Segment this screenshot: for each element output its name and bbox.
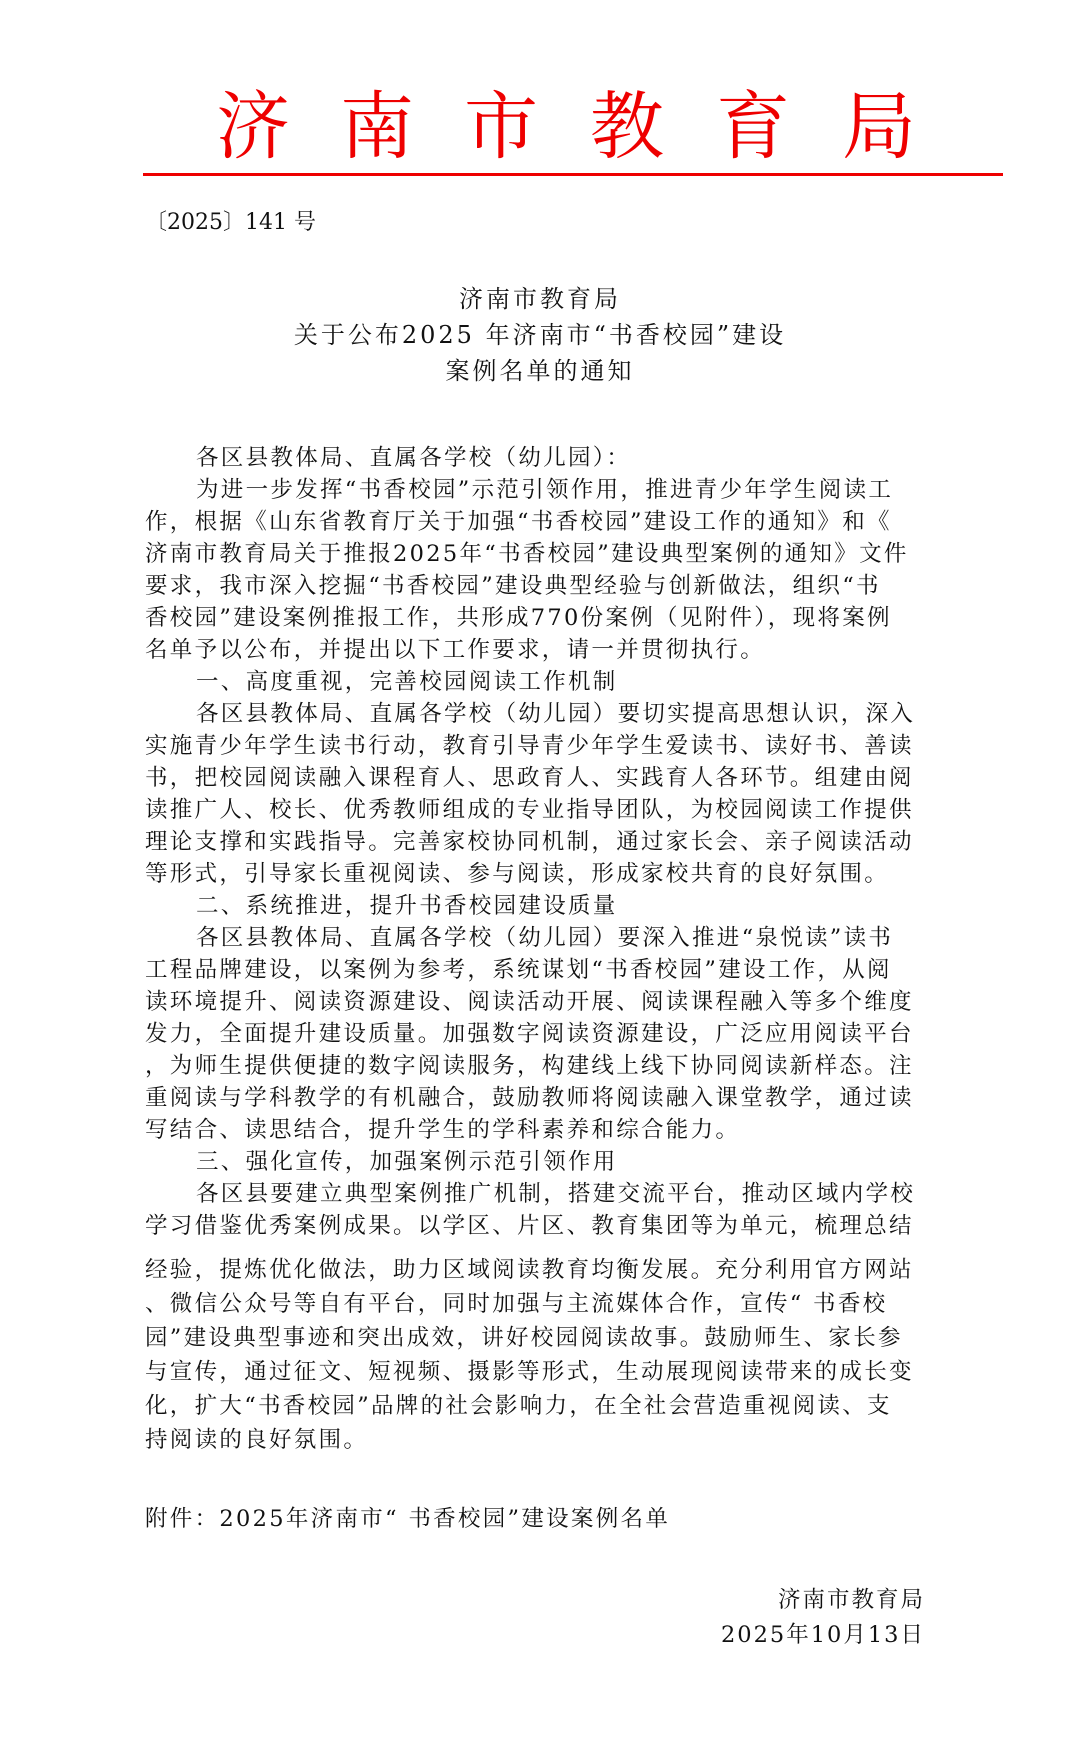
letterhead: 济 南 市 教 育 局	[0, 82, 1080, 172]
title-subject-cont: 案例名单的通知	[0, 354, 1080, 388]
title-issuer: 济南市教育局	[0, 282, 1080, 316]
paragraph-line: 书，把校园阅读融入课程育人、思政育人、实践育人各环节。组建由阅	[145, 763, 914, 793]
letterhead-char: 市	[464, 82, 538, 172]
paragraph-line: 与宣传，通过征文、短视频、摄影等形式，生动展现阅读带来的成长变	[145, 1357, 914, 1387]
paragraph-line: 各区县要建立典型案例推广机制，搭建交流平台，推动区域内学校	[196, 1179, 915, 1209]
paragraph-line: 读环境提升、阅读资源建设、阅读活动开展、阅读课程融入等多个维度	[145, 987, 914, 1017]
document-number: 〔2025〕141 号	[145, 208, 316, 238]
paragraph-line: 发力，全面提升建设质量。加强数字阅读资源建设，广泛应用阅读平台	[145, 1019, 914, 1049]
paragraph-line: 、微信公众号等自有平台，同时加强与主流媒体合作，宣传“ 书香校	[145, 1289, 887, 1319]
letterhead-char: 济	[216, 82, 290, 172]
signature-issuer: 济南市教育局	[778, 1585, 925, 1615]
title-subject: 关于公布2025 年济南市“书香校园”建设	[0, 318, 1080, 352]
paragraph-line: 名单予以公布，并提出以下工作要求，请一并贯彻执行。	[145, 635, 765, 665]
letterhead-char: 育	[716, 82, 790, 172]
salutation: 各区县教体局、直属各学校（幼儿园）：	[196, 443, 631, 473]
paragraph-line: 各区县教体局、直属各学校（幼儿园）要深入推进“泉悦读”读书	[196, 923, 893, 953]
paragraph-line: ，为师生提供便捷的数字阅读服务，构建线上线下协同阅读新样态。注	[145, 1051, 914, 1081]
paragraph-line: 学习借鉴优秀案例成果。以学区、片区、教育集团等为单元，梳理总结	[145, 1211, 914, 1241]
paragraph-line: 香校园”建设案例推报工作，共形成770份案例（见附件），现将案例	[145, 603, 892, 633]
letterhead-char: 教	[590, 82, 664, 172]
signature-date: 2025年10月13日	[721, 1620, 925, 1650]
paragraph-line: 实施青少年学生读书行动，教育引导青少年学生爱读书、读好书、善读	[145, 731, 914, 761]
attachment-note: 附件：2025年济南市“ 书香校园”建设案例名单	[145, 1504, 670, 1534]
paragraph-line: 理论支撑和实践指导。完善家校协同机制，通过家长会、亲子阅读活动	[145, 827, 914, 857]
paragraph-line: 园”建设典型事迹和突出成效，讲好校园阅读故事。鼓励师生、家长参	[145, 1323, 903, 1353]
letterhead-char: 南	[340, 82, 414, 172]
section-heading-2: 二、系统推进，提升书香校园建设质量	[196, 891, 618, 921]
paragraph-line: 持阅读的良好氛围。	[145, 1425, 368, 1455]
paragraph-line: 化，扩大“书香校园”品牌的社会影响力，在全社会营造重视阅读、支	[145, 1391, 892, 1421]
paragraph-line: 写结合、读思结合，提升学生的学科素养和综合能力。	[145, 1115, 740, 1145]
paragraph-line: 要求，我市深入挖掘“书香校园”建设典型经验与创新做法，组织“书	[145, 571, 881, 601]
paragraph-line: 读推广人、校长、优秀教师组成的专业指导团队，为校园阅读工作提供	[145, 795, 914, 825]
section-heading-3: 三、强化宣传，加强案例示范引领作用	[196, 1147, 618, 1177]
letterhead-char: 局	[842, 82, 916, 172]
paragraph-line: 工程品牌建设，以案例为参考，系统谋划“书香校园”建设工作，从阅	[145, 955, 892, 985]
paragraph-line: 经验，提炼优化做法，助力区域阅读教育均衡发展。充分利用官方网站	[145, 1255, 914, 1285]
paragraph-line: 重阅读与学科教学的有机融合，鼓励教师将阅读融入课堂教学，通过读	[145, 1083, 914, 1113]
paragraph-line: 作，根据《山东省教育厅关于加强“书香校园”建设工作的通知》和《	[145, 507, 892, 537]
paragraph-line: 等形式，引导家长重视阅读、参与阅读，形成家校共育的良好氛围。	[145, 859, 889, 889]
section-heading-1: 一、高度重视，完善校园阅读工作机制	[196, 667, 618, 697]
paragraph-line: 为进一步发挥“书香校园”示范引领作用，推进青少年学生阅读工	[196, 475, 893, 505]
paragraph-line: 济南市教育局关于推报2025年“书香校园”建设典型案例的通知》文件	[145, 539, 909, 569]
paragraph-line: 各区县教体局、直属各学校（幼儿园）要切实提高思想认识，深入	[196, 699, 915, 729]
red-divider-rule	[143, 173, 1003, 176]
